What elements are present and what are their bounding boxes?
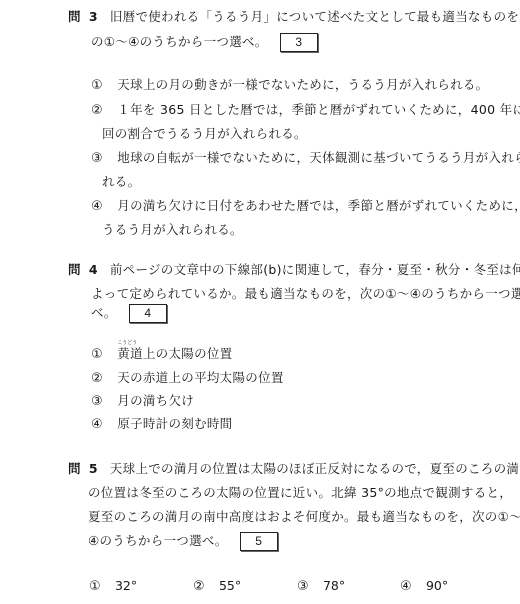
ruby-annotation: こうどう bbox=[117, 340, 137, 346]
q4-option-1: ① こうどう 黄道上の太陽の位置 bbox=[91, 346, 232, 363]
q5-option-3: ③ 78° bbox=[297, 578, 345, 595]
q3-option-3-cont: れる。 bbox=[102, 174, 140, 190]
option-number: ④ bbox=[91, 199, 113, 215]
option-number: ② bbox=[91, 371, 113, 387]
q5-option-2: ② 55° bbox=[193, 578, 241, 595]
option-number: ④ bbox=[400, 579, 422, 595]
q5-line-1: 問 5 天球上での満月の位置は太陽のほぼ正反対になるので，夏至のころの満月 bbox=[68, 461, 520, 477]
option-number: ① bbox=[91, 78, 113, 94]
option-number: ③ bbox=[297, 579, 319, 595]
q4-line-3: べ。 4 bbox=[91, 304, 167, 323]
q3-option-2: ② １年を 365 日とした暦では，季節と暦がずれていくために，400 年に 9… bbox=[91, 102, 520, 119]
option-number: ③ bbox=[91, 394, 113, 410]
q5-option-4: ④ 90° bbox=[400, 578, 448, 595]
option-number: ③ bbox=[91, 151, 113, 167]
q4-option-3: ③ 月の満ち欠け bbox=[91, 393, 194, 410]
q4-option-4: ④ 原子時計の刻む時間 bbox=[91, 416, 232, 433]
q4-line-1: 問 4 前ページの文章中の下線部(b)に関連して，春分・夏至・秋分・冬至は何に bbox=[68, 262, 520, 278]
q4-label: 問 4 bbox=[68, 262, 100, 277]
q5-line-3: 夏至のころの満月の南中高度はおよそ何度か。最も適当なものを，次の①～ bbox=[88, 509, 520, 525]
q3-option-4-cont: うるう月が入れられる。 bbox=[102, 222, 243, 238]
q3-option-2-cont: 回の割合でうるう月が入れられる。 bbox=[102, 126, 307, 142]
q3-label: 問 3 bbox=[68, 9, 100, 24]
q5-line-2: の位置は冬至のころの太陽の位置に近い。北緯 35°の地点で観測すると， bbox=[88, 485, 512, 501]
q3-line-2: の①～④のうちから一つ選べ。 3 bbox=[91, 33, 318, 52]
q5-line-4: ④のうちから一つ選べ。 5 bbox=[88, 532, 278, 551]
answer-box-4: 4 bbox=[129, 304, 167, 323]
q5-option-1: ① 32° bbox=[89, 578, 137, 595]
q3-option-3: ③ 地球の自転が一様でないために，天体観測に基づいてうるう月が入れら bbox=[91, 150, 520, 167]
answer-box-3: 3 bbox=[280, 33, 318, 52]
option-number: ② bbox=[193, 579, 215, 595]
option-number: ① bbox=[91, 347, 113, 363]
option-number: ① bbox=[89, 579, 111, 595]
q3-option-4: ④ 月の満ち欠けに日付をあわせた暦では，季節と暦がずれていくために， bbox=[91, 198, 520, 215]
q3-option-1: ① 天球上の月の動きが一様でないために，うるう月が入れられる。 bbox=[91, 77, 488, 94]
option-number: ② bbox=[91, 103, 113, 119]
answer-box-5: 5 bbox=[240, 532, 278, 551]
option-number: ④ bbox=[91, 417, 113, 433]
q4-line-2: よって定められているか。最も適当なものを，次の①～④のうちから一つ選 bbox=[91, 286, 520, 302]
q3-line-1: 問 3 旧暦で使われる「うるう月」について述べた文として最も適当なものを，次 bbox=[68, 9, 520, 25]
q5-label: 問 5 bbox=[68, 461, 100, 476]
q4-option-2: ② 天の赤道上の平均太陽の位置 bbox=[91, 370, 284, 387]
